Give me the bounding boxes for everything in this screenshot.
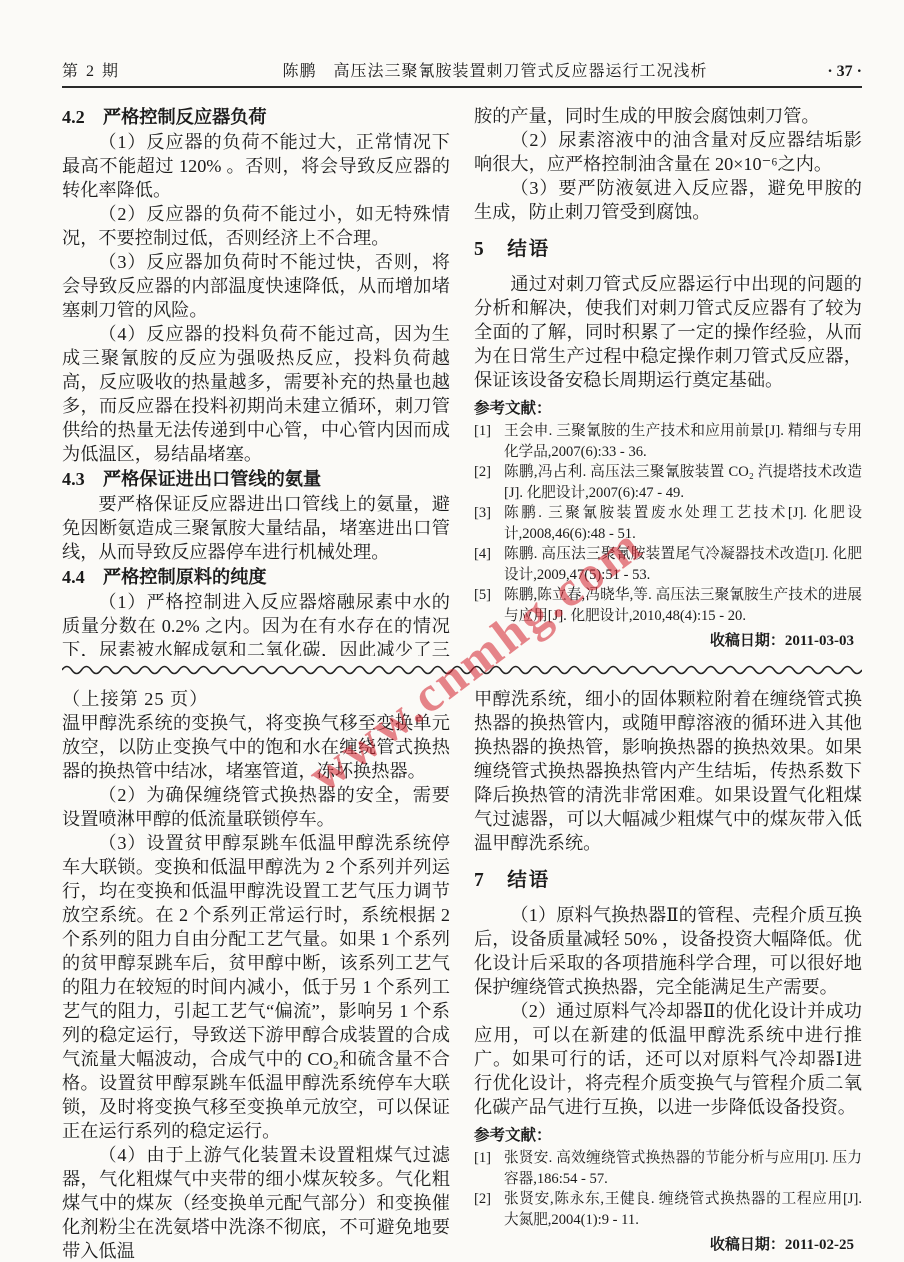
reference-item: [1]张贤安. 高效缠绕管式换热器的节能分析与应用[J]. 压力容器,186:5…	[474, 1148, 862, 1189]
references-title: 参考文献：	[474, 1124, 862, 1148]
article1-right-column: 胺的产量，同时生成的甲胺会腐蚀刺刀管。 （2）尿素溶液中的油含量对反应器结垢影响…	[474, 104, 862, 656]
reference-item: [2]陈鹏,冯占利. 高压法三聚氰胺装置 CO₂ 汽提塔技术改造[J]. 化肥设…	[474, 462, 862, 503]
body-paragraph: （2）反应器的负荷不能过小，如无特殊情况，不要控制过低，否则经济上不合理。	[62, 202, 450, 250]
reference-item: [3]陈鹏. 三聚氰胺装置废水处理工艺技术[J]. 化肥设计,2008,46(6…	[474, 503, 862, 544]
journal-page: 第 2 期 陈鹏 高压法三聚氰胺装置刺刀管式反应器运行工况浅析 · 37 · 4…	[62, 0, 862, 1262]
reference-text: 张贤安. 高效缠绕管式换热器的节能分析与应用[J]. 压力容器,186:54 -…	[504, 1150, 862, 1187]
article1-section: 4.2 严格控制反应器负荷 （1）反应器的负荷不能过大，正常情况下最高不能超过 …	[62, 104, 862, 656]
body-paragraph: （3）反应器加负荷时不能过快，否则，将会导致反应器的内部温度快速降低，从而增加堵…	[62, 250, 450, 322]
received-date-label: 收稿日期：	[710, 1237, 785, 1253]
wavy-divider	[62, 665, 862, 675]
section-4-3-heading: 4.3 严格保证进出口管线的氨量	[62, 466, 450, 492]
body-paragraph: 胺的产量，同时生成的甲胺会腐蚀刺刀管。	[474, 104, 862, 128]
body-paragraph: （3）设置贫甲醇泵跳车低温甲醇洗系统停车大联锁。变换和低温甲醇洗为 2 个系列并…	[62, 831, 450, 1143]
section-4-2-heading: 4.2 严格控制反应器负荷	[62, 104, 450, 130]
reference-number: [3]	[474, 503, 491, 524]
received-date-value: 2011-03-03	[785, 633, 854, 649]
page-number: · 37 ·	[798, 63, 862, 81]
continued-from-note: （上接第 25 页）	[62, 687, 450, 711]
reference-text: 王会申. 三聚氰胺的生产技术和应用前景[J]. 精细与专用化学品,2007(6)…	[504, 423, 862, 460]
reference-number: [2]	[474, 1189, 491, 1210]
section-7-heading: 7 结语	[474, 868, 862, 894]
reference-text: 陈鹏. 三聚氰胺装置废水处理工艺技术[J]. 化肥设计,2008,46(6):4…	[504, 505, 862, 542]
reference-number: [2]	[474, 462, 491, 483]
reference-item: [5]陈鹏,陈立春,冯晓华,等. 高压法三聚氰胺生产技术的进展与应用[J]. 化…	[474, 585, 862, 626]
page-header: 第 2 期 陈鹏 高压法三聚氰胺装置刺刀管式反应器运行工况浅析 · 37 ·	[62, 0, 862, 81]
body-paragraph: （3）要严防液氨进入反应器，避免甲胺的生成，防止刺刀管受到腐蚀。	[474, 176, 862, 224]
article2-left-column: （上接第 25 页） 温甲醇洗系统的变换气，将变换气移至变换单元放空，以防止变换…	[62, 687, 450, 1262]
reference-item: [1]王会申. 三聚氰胺的生产技术和应用前景[J]. 精细与专用化学品,2007…	[474, 421, 862, 462]
body-paragraph: （2）为确保缠绕管式换热器的安全，需要设置喷淋甲醇的低流量联锁停车。	[62, 783, 450, 831]
reference-text: 陈鹏. 高压法三聚氰胺装置尾气冷凝器技术改造[J]. 化肥设计,2009,47(…	[504, 546, 862, 583]
reference-item: [2]张贤安,陈永东,王健良. 缠绕管式换热器的工程应用[J]. 大氮肥,200…	[474, 1189, 862, 1230]
running-title: 陈鹏 高压法三聚氰胺装置刺刀管式反应器运行工况浅析	[192, 58, 798, 81]
body-paragraph: 甲醇洗系统，细小的固体颗粒附着在缠绕管式换热器的换热管内，或随甲醇溶液的循环进入…	[474, 687, 862, 855]
body-paragraph: （1）反应器的负荷不能过大，正常情况下最高不能超过 120% 。否则，将会导致反…	[62, 130, 450, 202]
body-paragraph: （1）原料气换热器Ⅱ的管程、壳程介质互换后，设备质量减轻 50% ，设备投资大幅…	[474, 903, 862, 999]
references-title: 参考文献：	[474, 397, 862, 421]
received-date-line: 收稿日期：2011-02-25	[474, 1233, 862, 1257]
reference-text: 陈鹏,冯占利. 高压法三聚氰胺装置 CO₂ 汽提塔技术改造[J]. 化肥设计,2…	[504, 464, 862, 501]
body-paragraph: 通过对刺刀管式反应器运行中出现的问题的分析和解决，使我们对刺刀管式反应器有了较为…	[474, 272, 862, 392]
reference-item: [4]陈鹏. 高压法三聚氰胺装置尾气冷凝器技术改造[J]. 化肥设计,2009,…	[474, 544, 862, 585]
body-paragraph: （2）通过原料气冷却器Ⅱ的优化设计并成功应用，可以在新建的低温甲醇洗系统中进行推…	[474, 999, 862, 1119]
issue-label: 第 2 期	[62, 58, 192, 81]
section-5-heading: 5 结语	[474, 237, 862, 263]
reference-number: [1]	[474, 1148, 491, 1169]
reference-text: 陈鹏,陈立春,冯晓华,等. 高压法三聚氰胺生产技术的进展与应用[J]. 化肥设计…	[504, 587, 862, 624]
article1-left-column: 4.2 严格控制反应器负荷 （1）反应器的负荷不能过大，正常情况下最高不能超过 …	[62, 104, 450, 656]
reference-text: 张贤安,陈永东,王健良. 缠绕管式换热器的工程应用[J]. 大氮肥,2004(1…	[504, 1191, 862, 1228]
reference-number: [4]	[474, 544, 491, 565]
article2-right-column: 甲醇洗系统，细小的固体颗粒附着在缠绕管式换热器的换热管内，或随甲醇溶液的循环进入…	[474, 687, 862, 1262]
body-paragraph: （1）严格控制进入反应器熔融尿素中水的质量分数在 0.2% 之内。因为在有水存在…	[62, 590, 450, 656]
received-date-label: 收稿日期：	[710, 633, 785, 649]
body-paragraph: （2）尿素溶液中的油含量对反应器结垢影响很大，应严格控制油含量在 20×10⁻⁶…	[474, 128, 862, 176]
received-date-value: 2011-02-25	[785, 1237, 854, 1253]
section-4-4-heading: 4.4 严格控制原料的纯度	[62, 564, 450, 590]
wavy-divider-line	[62, 665, 862, 675]
reference-number: [1]	[474, 421, 491, 442]
header-rule	[62, 86, 862, 88]
body-paragraph: 要严格保证反应器进出口管线上的氨量，避免因断氨造成三聚氰胺大量结晶，堵塞进出口管…	[62, 492, 450, 564]
received-date-line: 收稿日期：2011-03-03	[474, 629, 862, 653]
article2-section: （上接第 25 页） 温甲醇洗系统的变换气，将变换气移至变换单元放空，以防止变换…	[62, 687, 862, 1262]
body-paragraph: （4）由于上游气化装置未设置粗煤气过滤器，气化粗煤气中夹带的细小煤灰较多。气化粗…	[62, 1143, 450, 1262]
reference-number: [5]	[474, 585, 491, 606]
body-paragraph: 温甲醇洗系统的变换气，将变换气移至变换单元放空，以防止变换气中的饱和水在缠绕管式…	[62, 711, 450, 783]
body-paragraph: （4）反应器的投料负荷不能过高，因为生成三聚氰胺的反应为强吸热反应，投料负荷越高…	[62, 322, 450, 466]
